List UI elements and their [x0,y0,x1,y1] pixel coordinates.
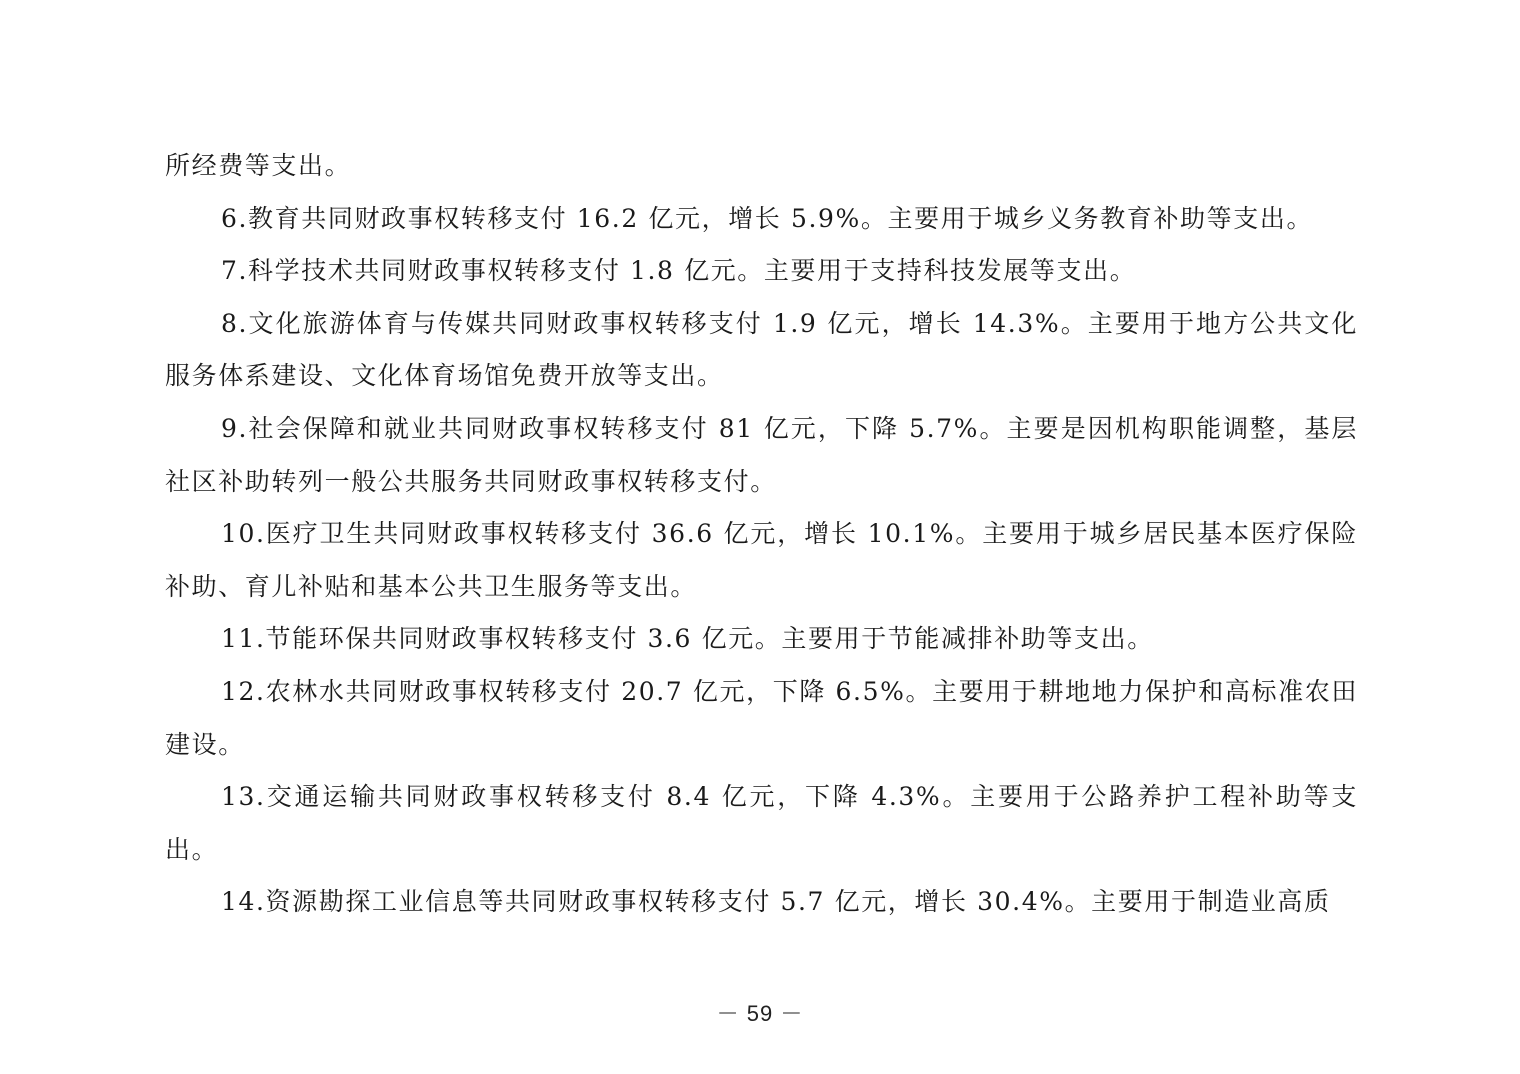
document-body: 所经费等支出。 6.教育共同财政事权转移支付 16.2 亿元，增长 5.9%。主… [165,140,1358,929]
paragraph-item-12-agriculture: 12.农林水共同财政事权转移支付 20.7 亿元，下降 6.5%。主要用于耕地地… [165,666,1358,771]
paragraph-continuation: 所经费等支出。 [165,140,1358,193]
paragraph-item-7-science: 7.科学技术共同财政事权转移支付 1.8 亿元。主要用于支持科技发展等支出。 [165,245,1358,298]
paragraph-item-10-health: 10.医疗卫生共同财政事权转移支付 36.6 亿元，增长 10.1%。主要用于城… [165,508,1358,613]
page-number: － 59 － [0,997,1520,1028]
paragraph-item-13-transport: 13.交通运输共同财政事权转移支付 8.4 亿元，下降 4.3%。主要用于公路养… [165,771,1358,876]
paragraph-item-9-social-security: 9.社会保障和就业共同财政事权转移支付 81 亿元，下降 5.7%。主要是因机构… [165,403,1358,508]
paragraph-item-11-energy: 11.节能环保共同财政事权转移支付 3.6 亿元。主要用于节能减排补助等支出。 [165,613,1358,666]
paragraph-item-14-resources: 14.资源勘探工业信息等共同财政事权转移支付 5.7 亿元，增长 30.4%。主… [165,876,1358,929]
paragraph-item-8-culture: 8.文化旅游体育与传媒共同财政事权转移支付 1.9 亿元，增长 14.3%。主要… [165,298,1358,403]
paragraph-item-6-education: 6.教育共同财政事权转移支付 16.2 亿元，增长 5.9%。主要用于城乡义务教… [165,193,1358,246]
